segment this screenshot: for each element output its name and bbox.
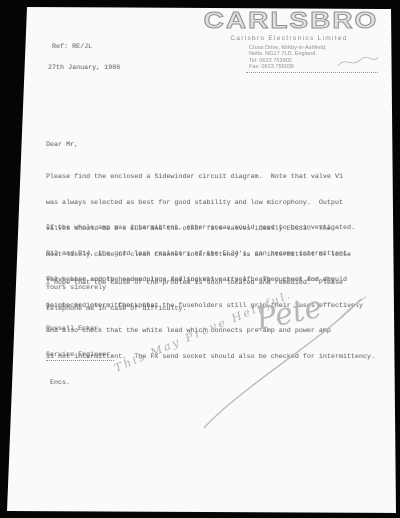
salutation: Dear Mr,	[46, 141, 78, 150]
company-logo: CARLSBRO	[201, 8, 381, 33]
letter-line: Please find the enclosed a Sidewinder ci…	[46, 173, 351, 182]
company-address: Cross Drive, Kirkby-in-Ashfield, Notts. …	[249, 45, 326, 71]
address-line: Fax: 0623 755036	[249, 64, 326, 70]
letter-page: CARLSBRO Carlsbro Electronics Limited Cr…	[0, 0, 400, 518]
reference-line: Ref: RE/JL	[52, 43, 92, 52]
closing: Yours sincerely	[46, 284, 106, 293]
scan-background: CARLSBRO Carlsbro Electronics Limited Cr…	[0, 0, 400, 518]
letter-line: If the whole amp was intermittent, other…	[46, 224, 375, 233]
date-line: 27th January, 1986	[48, 64, 120, 73]
signatory-name: Russell Ecker	[46, 325, 114, 334]
signature-block: Russell Ecker Service Engineer.	[46, 308, 114, 378]
enclosures-note: Encs.	[50, 379, 70, 388]
letter-line: R13 and R14, the grid leak resistors of …	[46, 250, 375, 259]
signatory-title: Service Engineer.	[46, 351, 114, 361]
company-name: Carlsbro Electronics Limited	[198, 35, 380, 42]
handwritten-scribble	[336, 51, 380, 73]
address-line: Notts. NG17 7LD, England.	[249, 51, 326, 57]
